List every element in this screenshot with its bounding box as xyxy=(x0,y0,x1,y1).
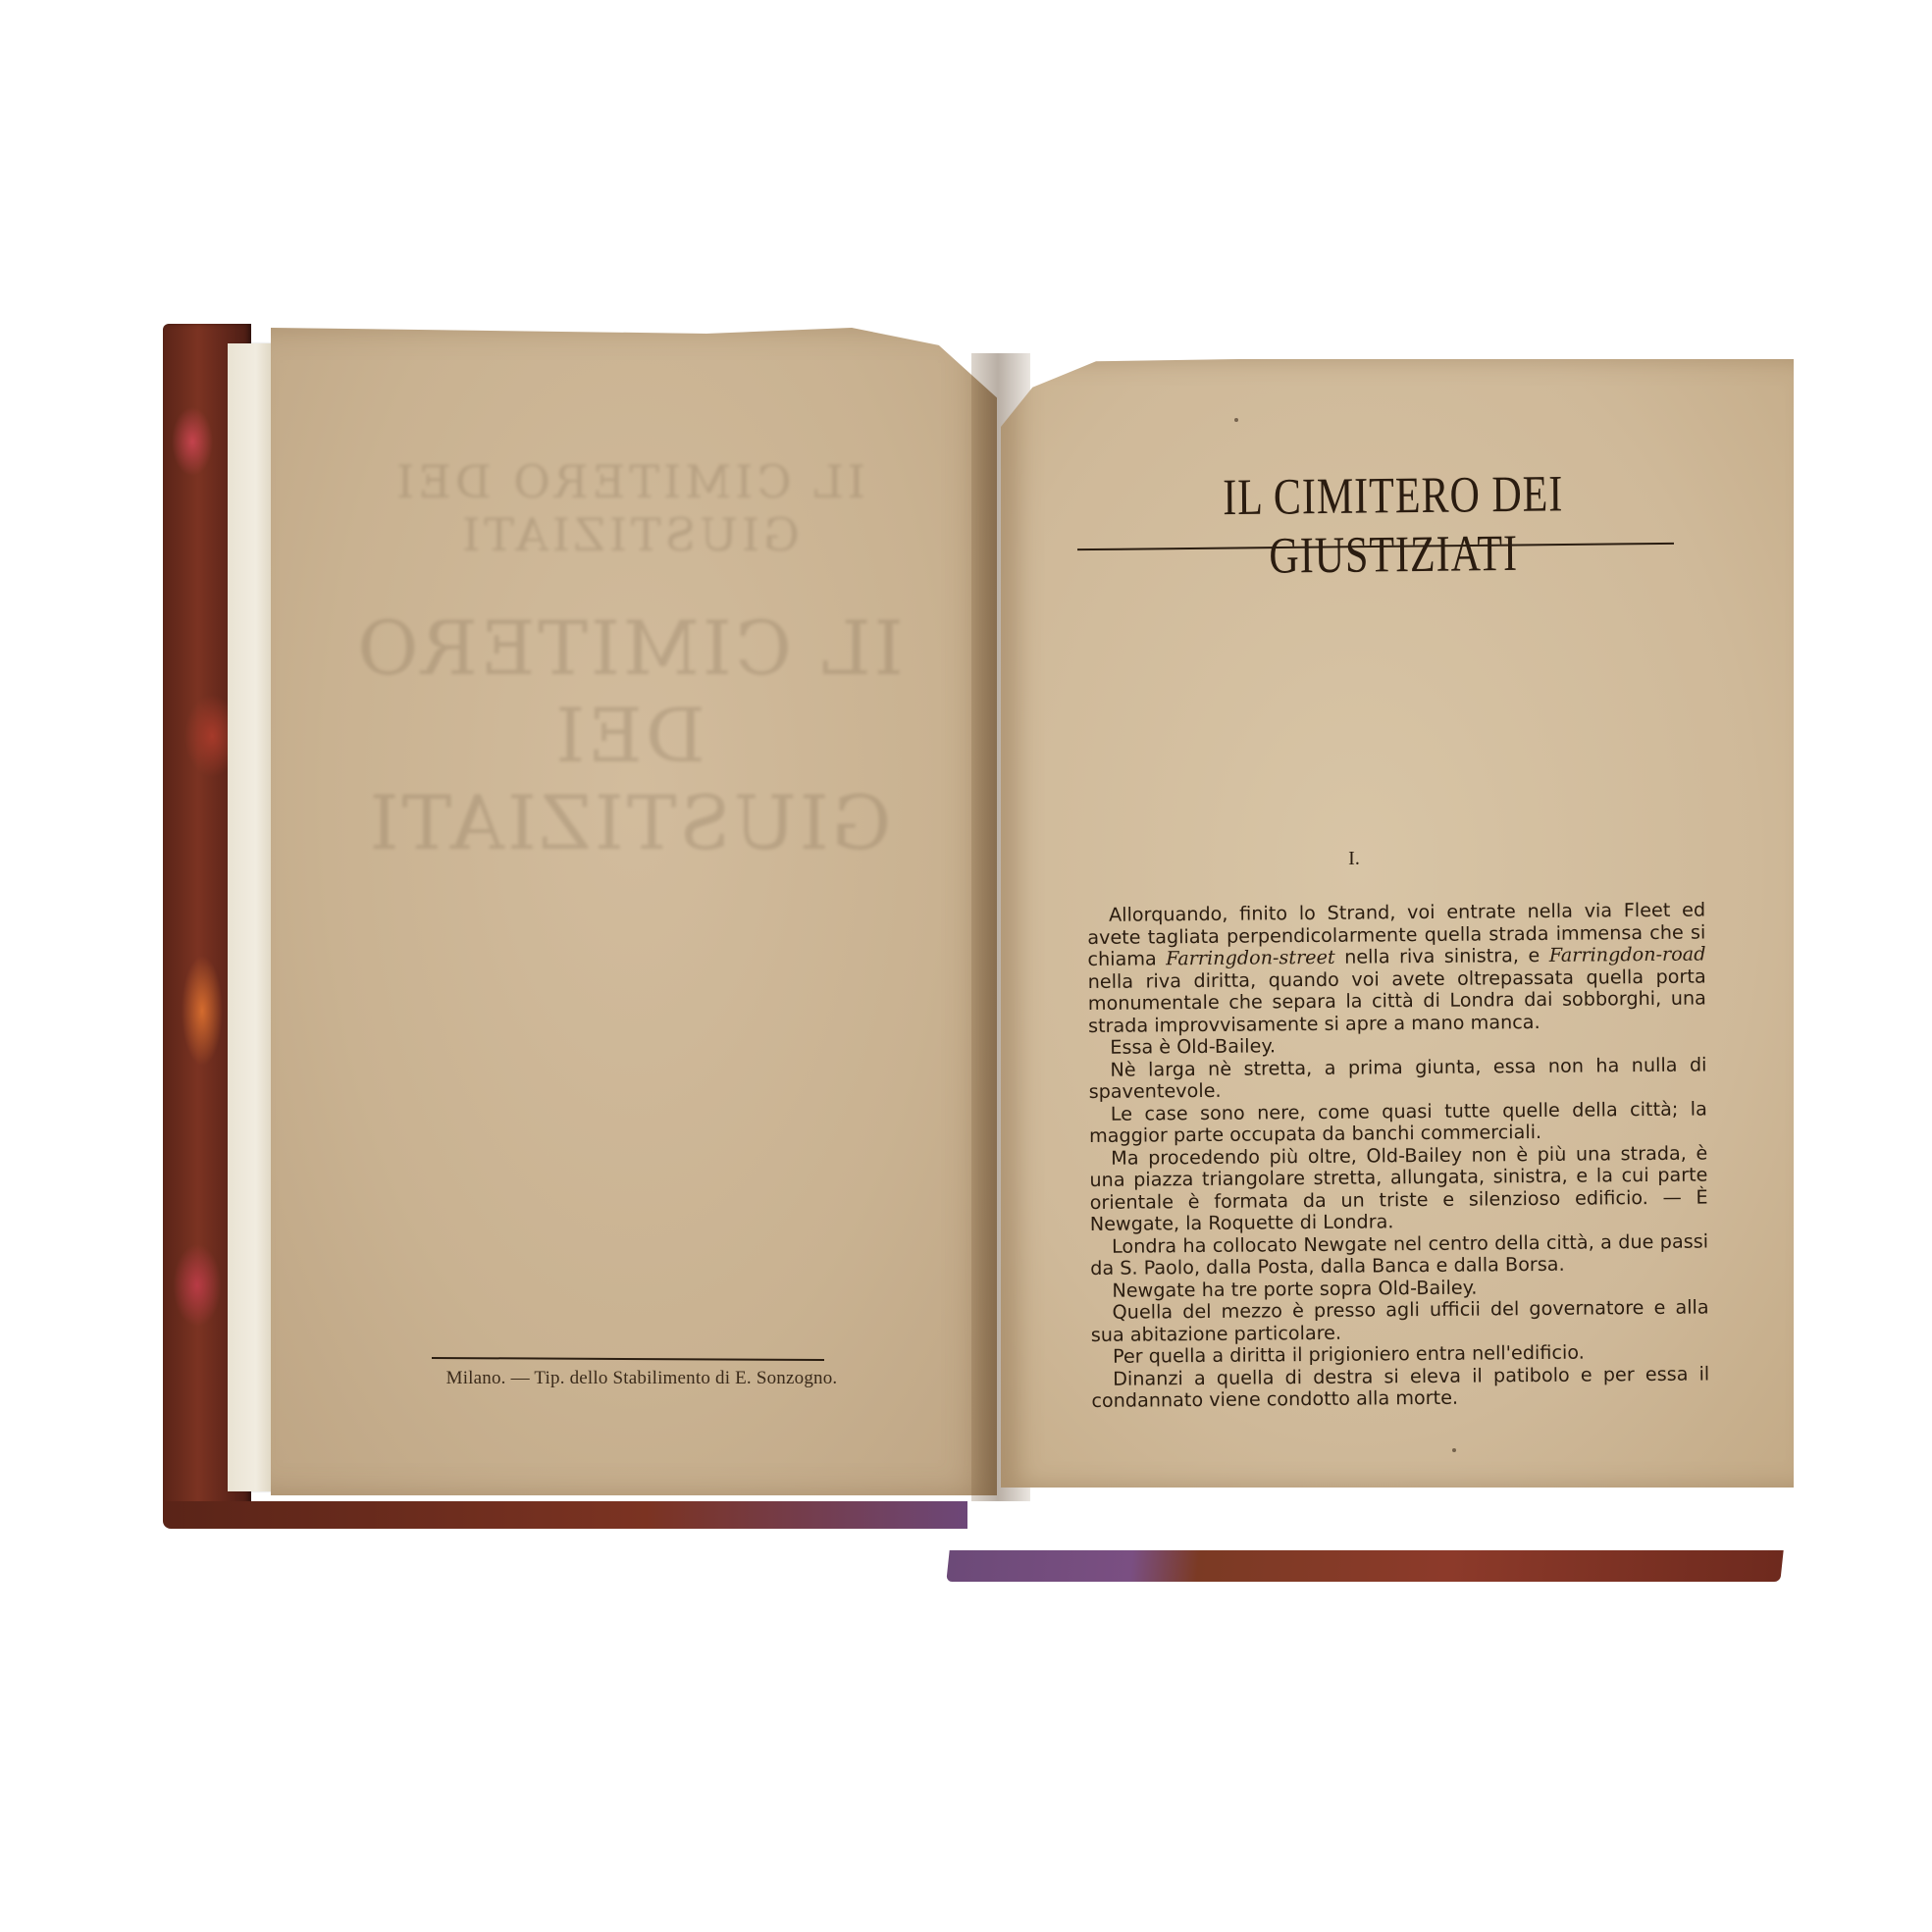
flyleaf-endpaper xyxy=(228,343,275,1491)
section-number: I. xyxy=(1001,848,1707,870)
bleed-through-text: IL CIMITERO DEI GIUSTIZIATI IL CIMITERO … xyxy=(310,445,948,691)
paragraph: Le case sono nere, come quasi tutte quel… xyxy=(1089,1098,1707,1147)
chapter-title: IL CIMITERO DEI GIUSTIZIATI xyxy=(1119,464,1669,588)
bleed-through-line-2: IL CIMITERO DEI GIUSTIZIATI xyxy=(310,604,948,866)
book-photo: IL CIMITERO DEI GIUSTIZIATI IL CIMITERO … xyxy=(0,0,1932,1932)
paper-speck xyxy=(1234,418,1238,422)
paragraph: Dinanzi a quella di destra si eleva il p… xyxy=(1091,1363,1709,1412)
left-page: IL CIMITERO DEI GIUSTIZIATI IL CIMITERO … xyxy=(271,328,997,1495)
printer-imprint: Milano. — Tip. dello Stabilimento di E. … xyxy=(387,1358,897,1389)
paragraph: Allorquando, finito lo Strand, voi entra… xyxy=(1087,900,1706,1037)
imprint-text: Milano. — Tip. dello Stabilimento di E. … xyxy=(446,1368,838,1388)
right-page: IL CIMITERO DEI GIUSTIZIATI I. Allorquan… xyxy=(1001,359,1794,1488)
paragraph: Nè larga nè stretta, a prima giunta, ess… xyxy=(1088,1054,1706,1103)
paragraph: Ma procedendo più oltre, Old-Bailey non … xyxy=(1089,1142,1708,1235)
paper-speck xyxy=(1452,1448,1456,1452)
cover-bottom-edge-left xyxy=(163,1501,967,1529)
body-text: Allorquando, finito lo Strand, voi entra… xyxy=(1087,900,1709,1413)
imprint-rule xyxy=(432,1357,824,1361)
paragraph: Quella del mezzo è presso agli ufficii d… xyxy=(1091,1296,1709,1345)
paragraph: Londra ha collocato Newgate nel centro d… xyxy=(1090,1230,1708,1279)
bleed-through-line-1: IL CIMITERO DEI GIUSTIZIATI xyxy=(310,455,948,561)
cover-bottom-edge-right xyxy=(946,1550,1783,1582)
